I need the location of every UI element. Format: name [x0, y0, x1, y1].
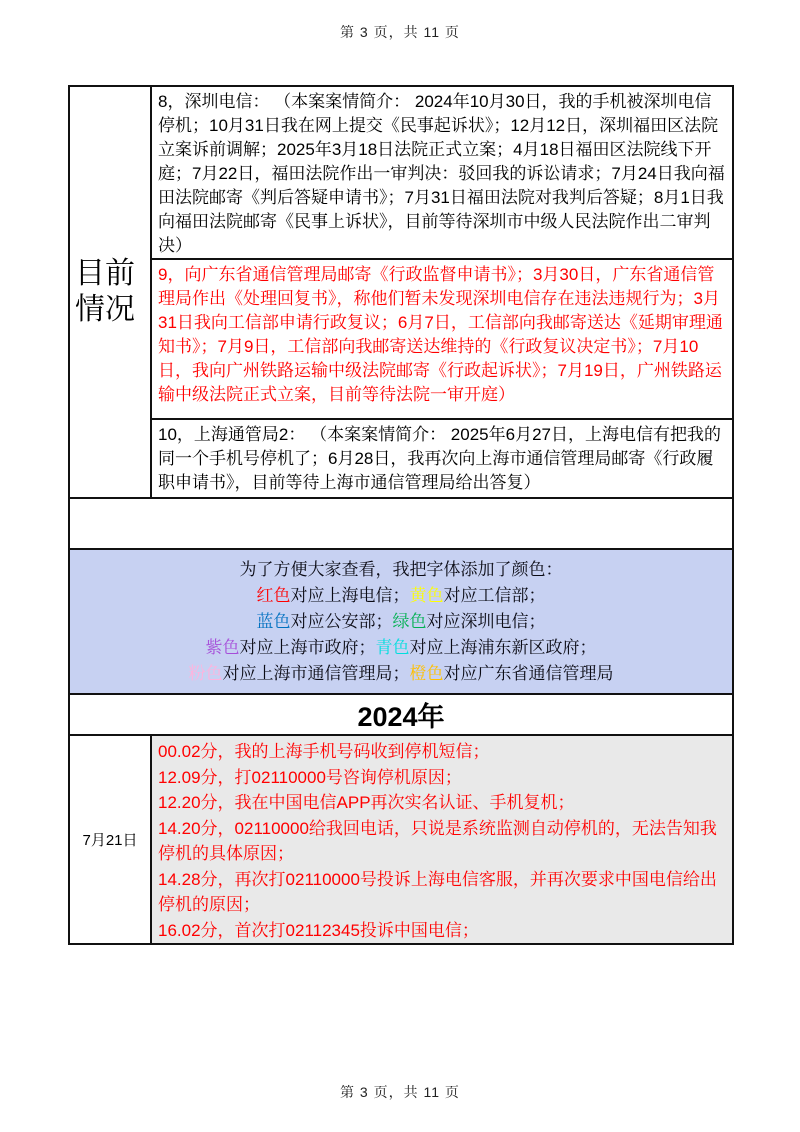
table-row: 2024年: [69, 694, 733, 735]
legend-item-text: 对应深圳电信；: [427, 612, 546, 631]
legend-line: 红色对应上海电信；黄色对应工信部；: [70, 583, 732, 609]
legend-item-text: 对应上海电信；: [291, 586, 410, 605]
legend-color-word: 红色: [257, 586, 291, 605]
page-header: 第 3 页，共 11 页: [0, 22, 800, 42]
table-row: 为了方便大家查看，我把字体添加了颜色： 红色对应上海电信；黄色对应工信部； 蓝色…: [69, 549, 733, 694]
legend-color-word: 蓝色: [257, 612, 291, 631]
legend-item-text: 对应广东省通信管理局: [444, 664, 614, 683]
legend-intro-line: 为了方便大家查看，我把字体添加了颜色：: [70, 557, 732, 583]
case-10-cell: 10，上海通管局2： （本案案情简介： 2025年6月27日，上海电信有把我的同…: [151, 419, 733, 498]
table-row: 9，向广东省通信管理局邮寄《行政监督申请书》；3月30日，广东省通信管理局作出《…: [69, 259, 733, 419]
timeline-entries-cell: 00.02分，我的上海手机号码收到停机短信； 12.09分，打02110000号…: [151, 735, 733, 944]
legend-line: 蓝色对应公安部；绿色对应深圳电信；: [70, 609, 732, 635]
timeline-entry: 14.20分，02110000给我回电话，只说是系统监测自动停机的，无法告知我停…: [158, 816, 727, 867]
empty-spacer-row: [69, 498, 733, 549]
timeline-entry: 16.02分，首次打02112345投诉中国电信；: [158, 918, 727, 944]
case-8-text: 8，深圳电信： （本案案情简介： 2024年10月30日，我的手机被深圳电信停机…: [158, 90, 727, 258]
legend-color-word: 橙色: [410, 664, 444, 683]
legend-line: 粉色对应上海市通信管理局；橙色对应广东省通信管理局: [70, 661, 732, 687]
legend-color-word: 绿色: [393, 612, 427, 631]
legend-color-word: 粉色: [189, 664, 223, 683]
table-row: 10，上海通管局2： （本案案情简介： 2025年6月27日，上海电信有把我的同…: [69, 419, 733, 498]
legend-color-word: 紫色: [206, 638, 240, 657]
legend-line: 紫色对应上海市政府；青色对应上海浦东新区政府；: [70, 635, 732, 661]
case-9-text: 9，向广东省通信管理局邮寄《行政监督申请书》；3月30日，广东省通信管理局作出《…: [158, 263, 727, 417]
table-row: 目前情况 8，深圳电信： （本案案情简介： 2024年10月30日，我的手机被深…: [69, 86, 733, 259]
timeline-date-cell: 7月21日: [69, 735, 151, 944]
timeline-entry: 12.09分，打02110000号咨询停机原因；: [158, 765, 727, 791]
legend-item-text: 对应上海浦东新区政府；: [410, 638, 597, 657]
table-row: 7月21日 00.02分，我的上海手机号码收到停机短信； 12.09分，打021…: [69, 735, 733, 944]
color-legend-cell: 为了方便大家查看，我把字体添加了颜色： 红色对应上海电信；黄色对应工信部； 蓝色…: [69, 549, 733, 694]
legend-item-text: 对应工信部；: [444, 586, 546, 605]
case-10-text: 10，上海通管局2： （本案案情简介： 2025年6月27日，上海电信有把我的同…: [158, 423, 727, 495]
year-2024-header: 2024年: [69, 694, 733, 735]
legend-item-text: 对应上海市通信管理局；: [223, 664, 410, 683]
legend-intro-text: 为了方便大家查看，我把字体添加了颜色：: [240, 560, 563, 579]
timeline-entry: 12.20分，我在中国电信APP再次实名认证、手机复机；: [158, 790, 727, 816]
legend-color-word: 青色: [376, 638, 410, 657]
timeline-entry: 00.02分，我的上海手机号码收到停机短信；: [158, 739, 727, 765]
document-page: 第 3 页，共 11 页 目前情况 8，深圳电信： （本案案情简介： 2024年…: [0, 0, 800, 1132]
case-8-cell: 8，深圳电信： （本案案情简介： 2024年10月30日，我的手机被深圳电信停机…: [151, 86, 733, 259]
page-footer: 第 3 页，共 11 页: [0, 1082, 800, 1102]
legend-color-word: 黄色: [410, 586, 444, 605]
main-table: 目前情况 8，深圳电信： （本案案情简介： 2024年10月30日，我的手机被深…: [68, 85, 734, 945]
timeline-entry: 14.28分，再次打02110000号投诉上海电信客服，并再次要求中国电信给出停…: [158, 867, 727, 918]
legend-item-text: 对应上海市政府；: [240, 638, 376, 657]
legend-item-text: 对应公安部；: [291, 612, 393, 631]
case-9-cell: 9，向广东省通信管理局邮寄《行政监督申请书》；3月30日，广东省通信管理局作出《…: [151, 259, 733, 419]
table-row: [69, 498, 733, 549]
current-status-label: 目前情况: [69, 86, 151, 498]
